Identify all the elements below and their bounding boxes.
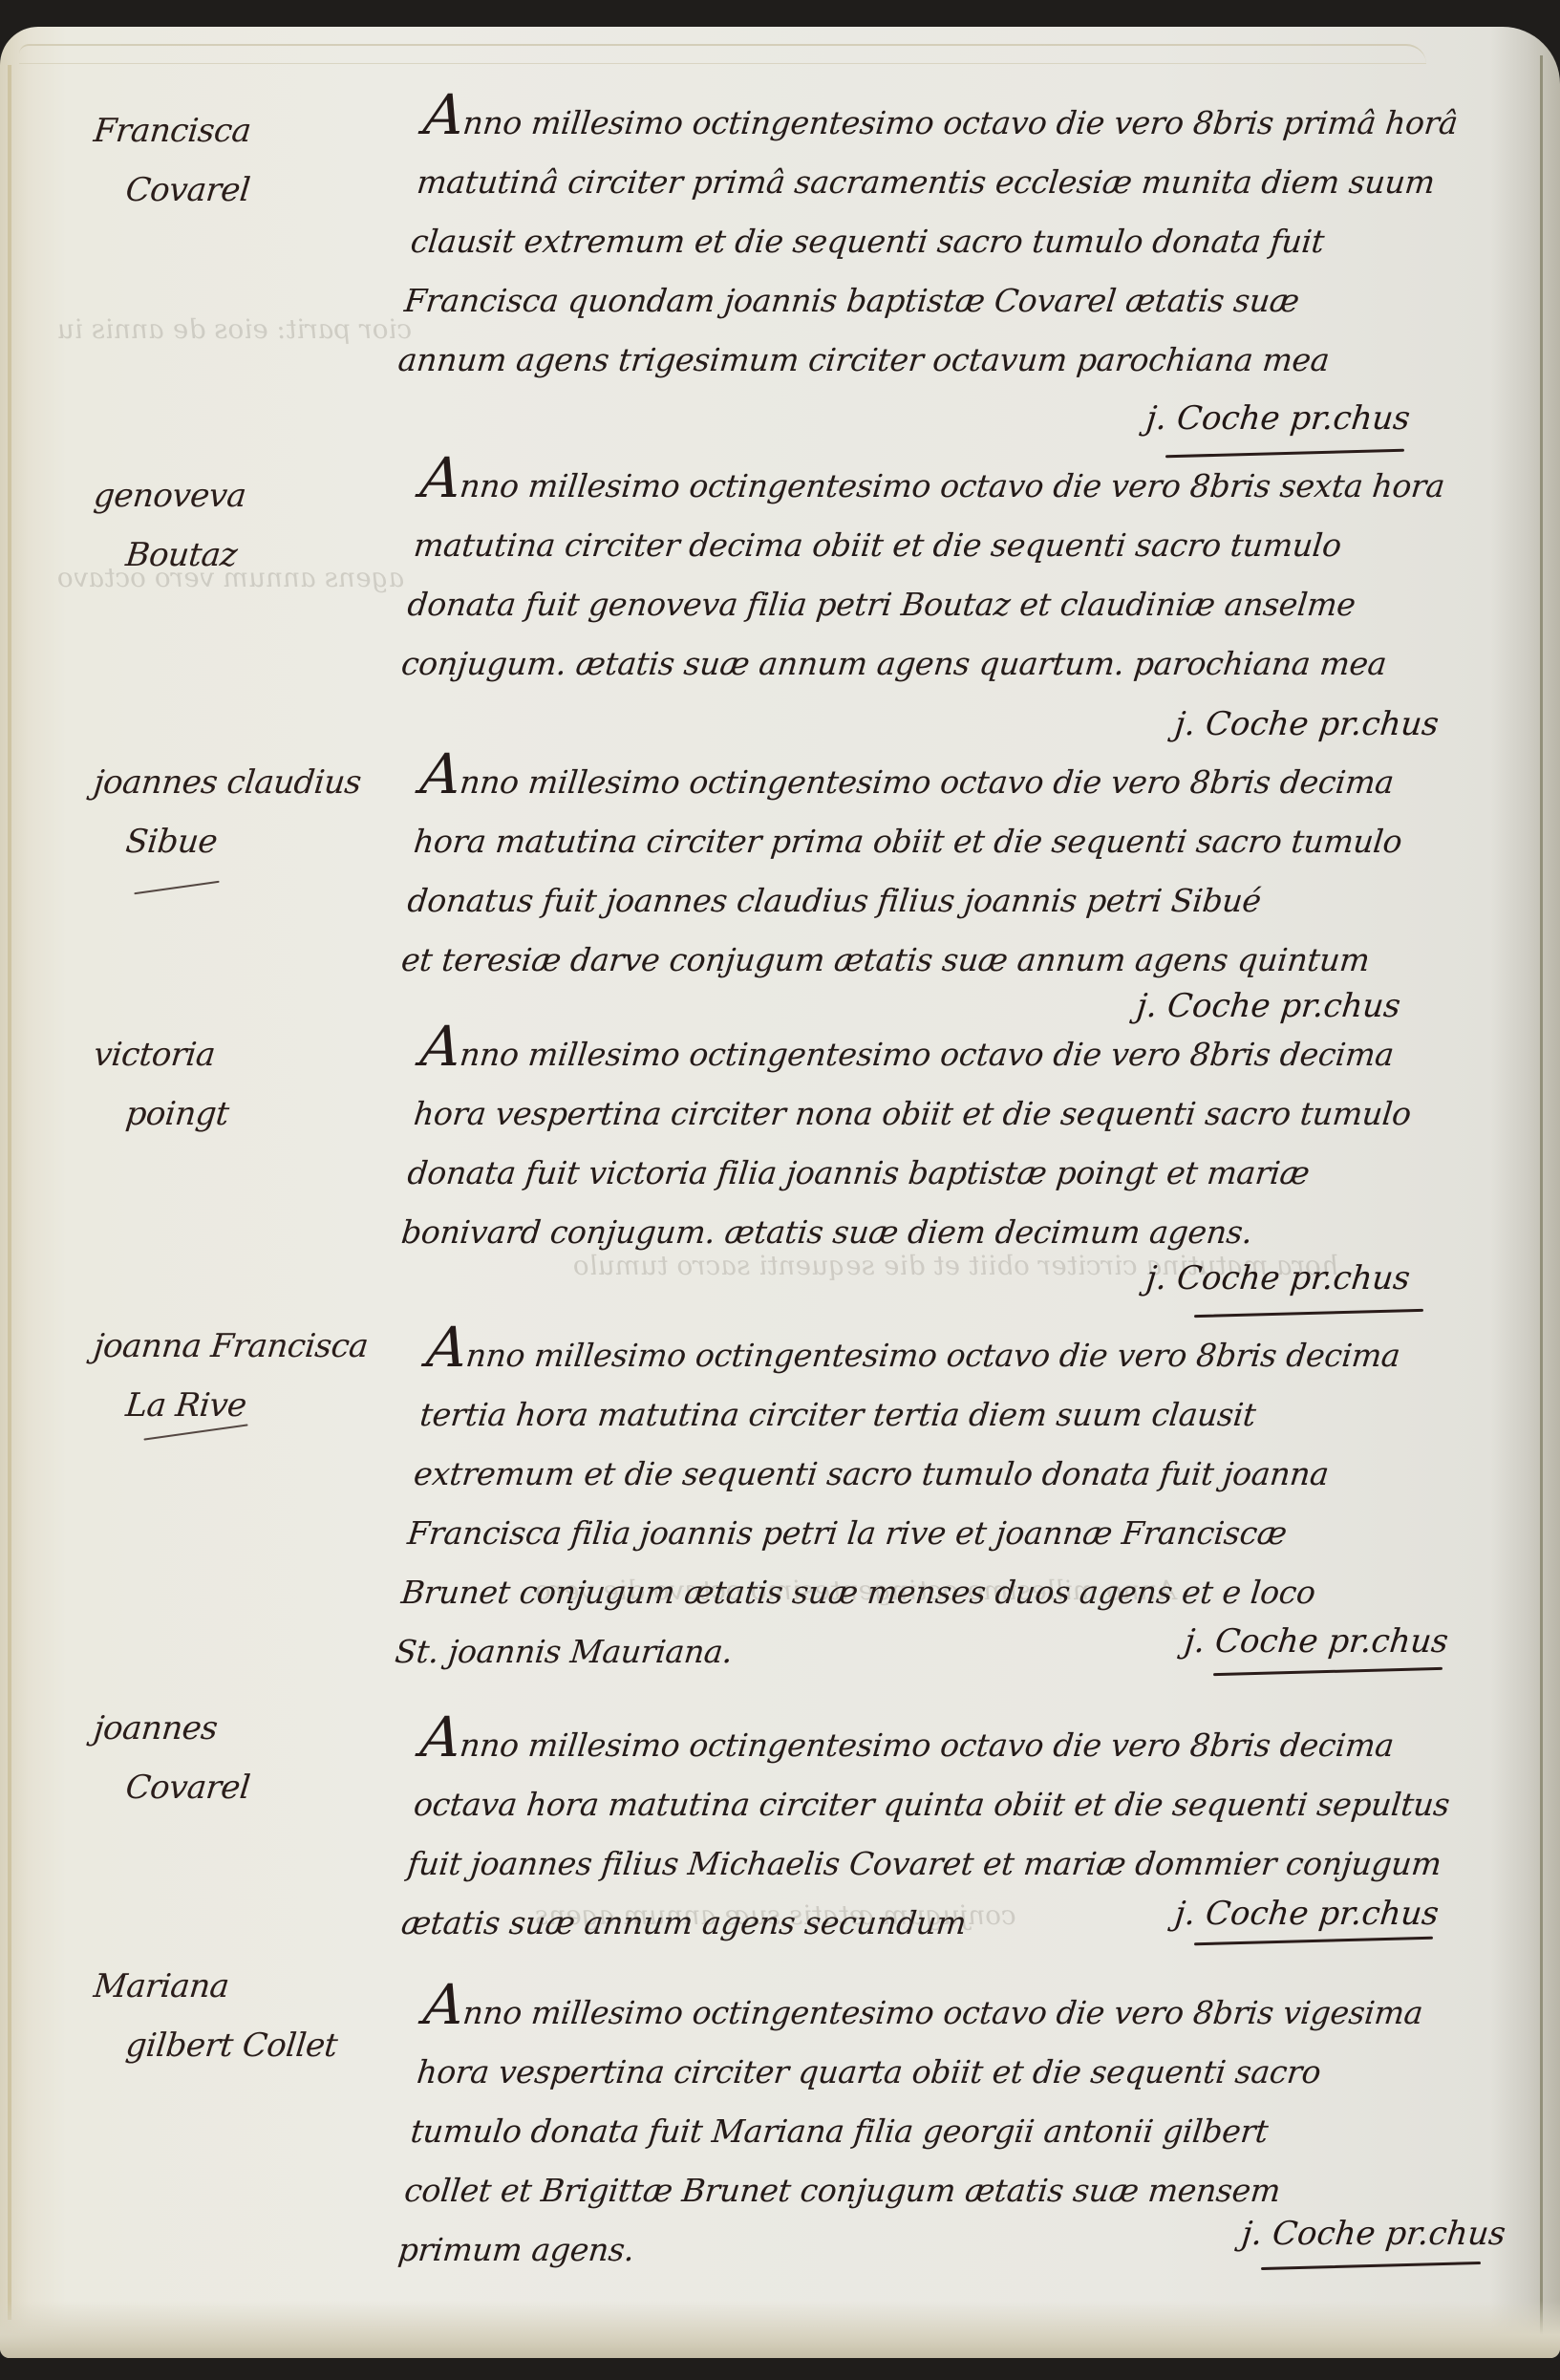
- entry-line: donata fuit genoveva filia petri Boutaz …: [404, 575, 1490, 634]
- entry-line: conjugum. ætatis suæ annum agens quartum…: [398, 634, 1485, 694]
- priest-signature: j. Coche pr.chus: [1173, 1895, 1441, 1933]
- entry-line: Anno millesimo octingentesimo octavo die…: [417, 457, 1504, 516]
- margin-name: genoveva Boutaz: [84, 466, 402, 585]
- margin-name: Mariana gilbert Collet: [84, 1957, 402, 2075]
- margin-name-given: victoria: [91, 1025, 403, 1084]
- entry-line: tertia hora matutina circiter tertia die…: [417, 1385, 1504, 1445]
- entry-line: hora vespertina circiter nona obiit et d…: [411, 1084, 1497, 1144]
- entry-line: hora vespertina circiter quarta obiit et…: [414, 2043, 1500, 2102]
- margin-name-underline: [134, 881, 219, 895]
- entry-text: Anno millesimo octingentesimo octavo die…: [398, 1025, 1503, 1262]
- margin-name: joannes claudius Sibue: [84, 753, 402, 871]
- entry-line: Anno millesimo octingentesimo octavo die…: [420, 1983, 1507, 2043]
- entry-line: Francisca filia joannis petri la rive et…: [404, 1504, 1490, 1563]
- entry-line: Anno millesimo octingentesimo octavo die…: [417, 1025, 1504, 1084]
- entry-line: extremum et die sequenti sacro tumulo do…: [411, 1445, 1497, 1504]
- margin-name-given: Francisca: [91, 101, 403, 161]
- margin-name-surname: Boutaz: [84, 525, 396, 585]
- entry-text: Anno millesimo octingentesimo octavo die…: [398, 457, 1503, 694]
- entry-line: Anno millesimo octingentesimo octavo die…: [417, 753, 1504, 812]
- margin-name-given: Mariana: [91, 1957, 403, 2016]
- entry-line: et teresiæ darve conjugum ætatis suæ ann…: [398, 931, 1485, 990]
- margin-name-given: joannes claudius: [91, 753, 403, 812]
- entry-line: Anno millesimo octingentesimo octavo die…: [420, 94, 1507, 153]
- entry-text: Anno millesimo octingentesimo octavo die…: [398, 753, 1503, 990]
- priest-signature: j. Coche pr.chus: [1173, 705, 1441, 743]
- entry-line: Francisca quondam joannis baptistæ Covar…: [401, 271, 1487, 331]
- margin-name: Francisca Covarel: [84, 101, 402, 220]
- margin-name-given: joanna Francisca: [91, 1317, 403, 1376]
- priest-signature: j. Coche pr.chus: [1144, 399, 1412, 438]
- margin-name: victoria poingt: [84, 1025, 402, 1144]
- margin-name-surname: poingt: [84, 1084, 396, 1144]
- entry-line: matutinâ circiter primâ sacramentis eccl…: [414, 153, 1500, 212]
- margin-name-surname: gilbert Collet: [84, 2016, 396, 2075]
- margin-name-surname: Sibue: [84, 812, 396, 871]
- margin-name-surname: Covarel: [84, 161, 396, 220]
- binding-edge: [8, 65, 11, 2320]
- margin-name: joannes Covarel: [84, 1699, 402, 1817]
- page-edge-line: [1540, 55, 1543, 2358]
- entry-line: clausit extremum et die sequenti sacro t…: [408, 212, 1494, 271]
- bleed-through-text: cior parit: eios de annis iu: [55, 313, 414, 345]
- entry-line: tumulo donata fuit Mariana filia georgii…: [408, 2102, 1494, 2161]
- entry-line: Brunet conjugum ætatis suæ menses duos a…: [398, 1563, 1485, 1622]
- entry-line: hora matutina circiter prima obiit et di…: [411, 812, 1497, 871]
- priest-signature: j. Coche pr.chus: [1183, 1622, 1450, 1661]
- entry-line: matutina circiter decima obiit et die se…: [411, 516, 1497, 575]
- priest-signature: j. Coche pr.chus: [1135, 987, 1402, 1025]
- entry-line: Anno millesimo octingentesimo octavo die…: [417, 1716, 1504, 1775]
- margin-name: joanna Francisca La Rive: [84, 1317, 402, 1435]
- priest-signature: j. Coche pr.chus: [1240, 2215, 1507, 2253]
- entry-line: bonivard conjugum. ætatis suæ diem decim…: [398, 1203, 1485, 1262]
- entry-line: collet et Brigittæ Brunet conjugum ætati…: [401, 2161, 1487, 2220]
- entry-line: donata fuit victoria filia joannis bapti…: [404, 1144, 1490, 1203]
- entry-text: Anno millesimo octingentesimo octavo die…: [395, 94, 1507, 390]
- entry-line: fuit joannes filius Michaelis Covaret et…: [404, 1834, 1490, 1894]
- entry-line: Anno millesimo octingentesimo octavo die…: [423, 1326, 1509, 1385]
- margin-name-given: genoveva: [91, 466, 403, 525]
- manuscript-page: cior parit: eios de annis iu agens annum…: [0, 27, 1560, 2358]
- margin-name-given: joannes: [91, 1699, 403, 1758]
- priest-signature: j. Coche pr.chus: [1144, 1259, 1412, 1297]
- margin-name-surname: Covarel: [84, 1758, 396, 1817]
- entry-line: annum agens trigesimum circiter octavum …: [395, 331, 1482, 390]
- entry-line: donatus fuit joannes claudius filius joa…: [404, 871, 1490, 931]
- entry-line: octava hora matutina circiter quinta obi…: [411, 1775, 1497, 1834]
- signature-underline: [1194, 1309, 1423, 1318]
